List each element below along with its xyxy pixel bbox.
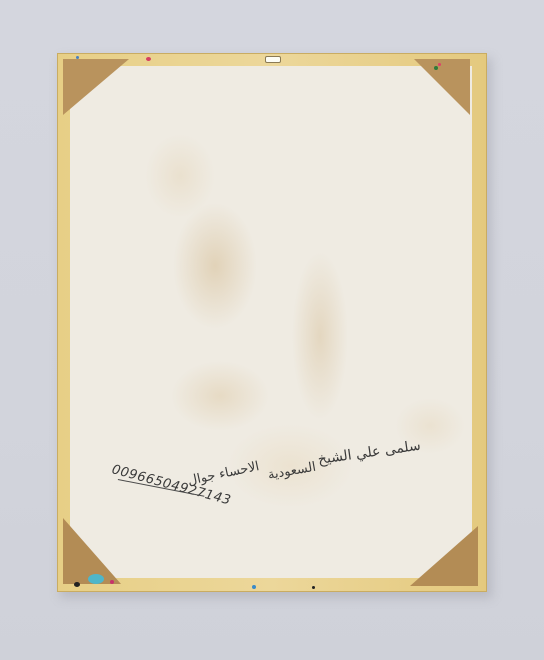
corner-brace-bottom-right	[410, 526, 478, 586]
corner-brace-top-left	[63, 59, 129, 115]
paint-splatter	[76, 56, 79, 59]
paint-splatter	[74, 582, 80, 587]
paint-splatter	[252, 585, 256, 589]
paint-splatter	[312, 586, 315, 589]
paint-splatter	[88, 574, 104, 584]
hanging-clip	[265, 56, 281, 63]
corner-brace-top-right	[414, 59, 470, 115]
paint-splatter	[110, 580, 114, 584]
paint-splatter	[438, 63, 441, 66]
paint-splatter	[434, 66, 438, 70]
paint-splatter	[146, 57, 151, 61]
canvas-back	[70, 66, 472, 578]
